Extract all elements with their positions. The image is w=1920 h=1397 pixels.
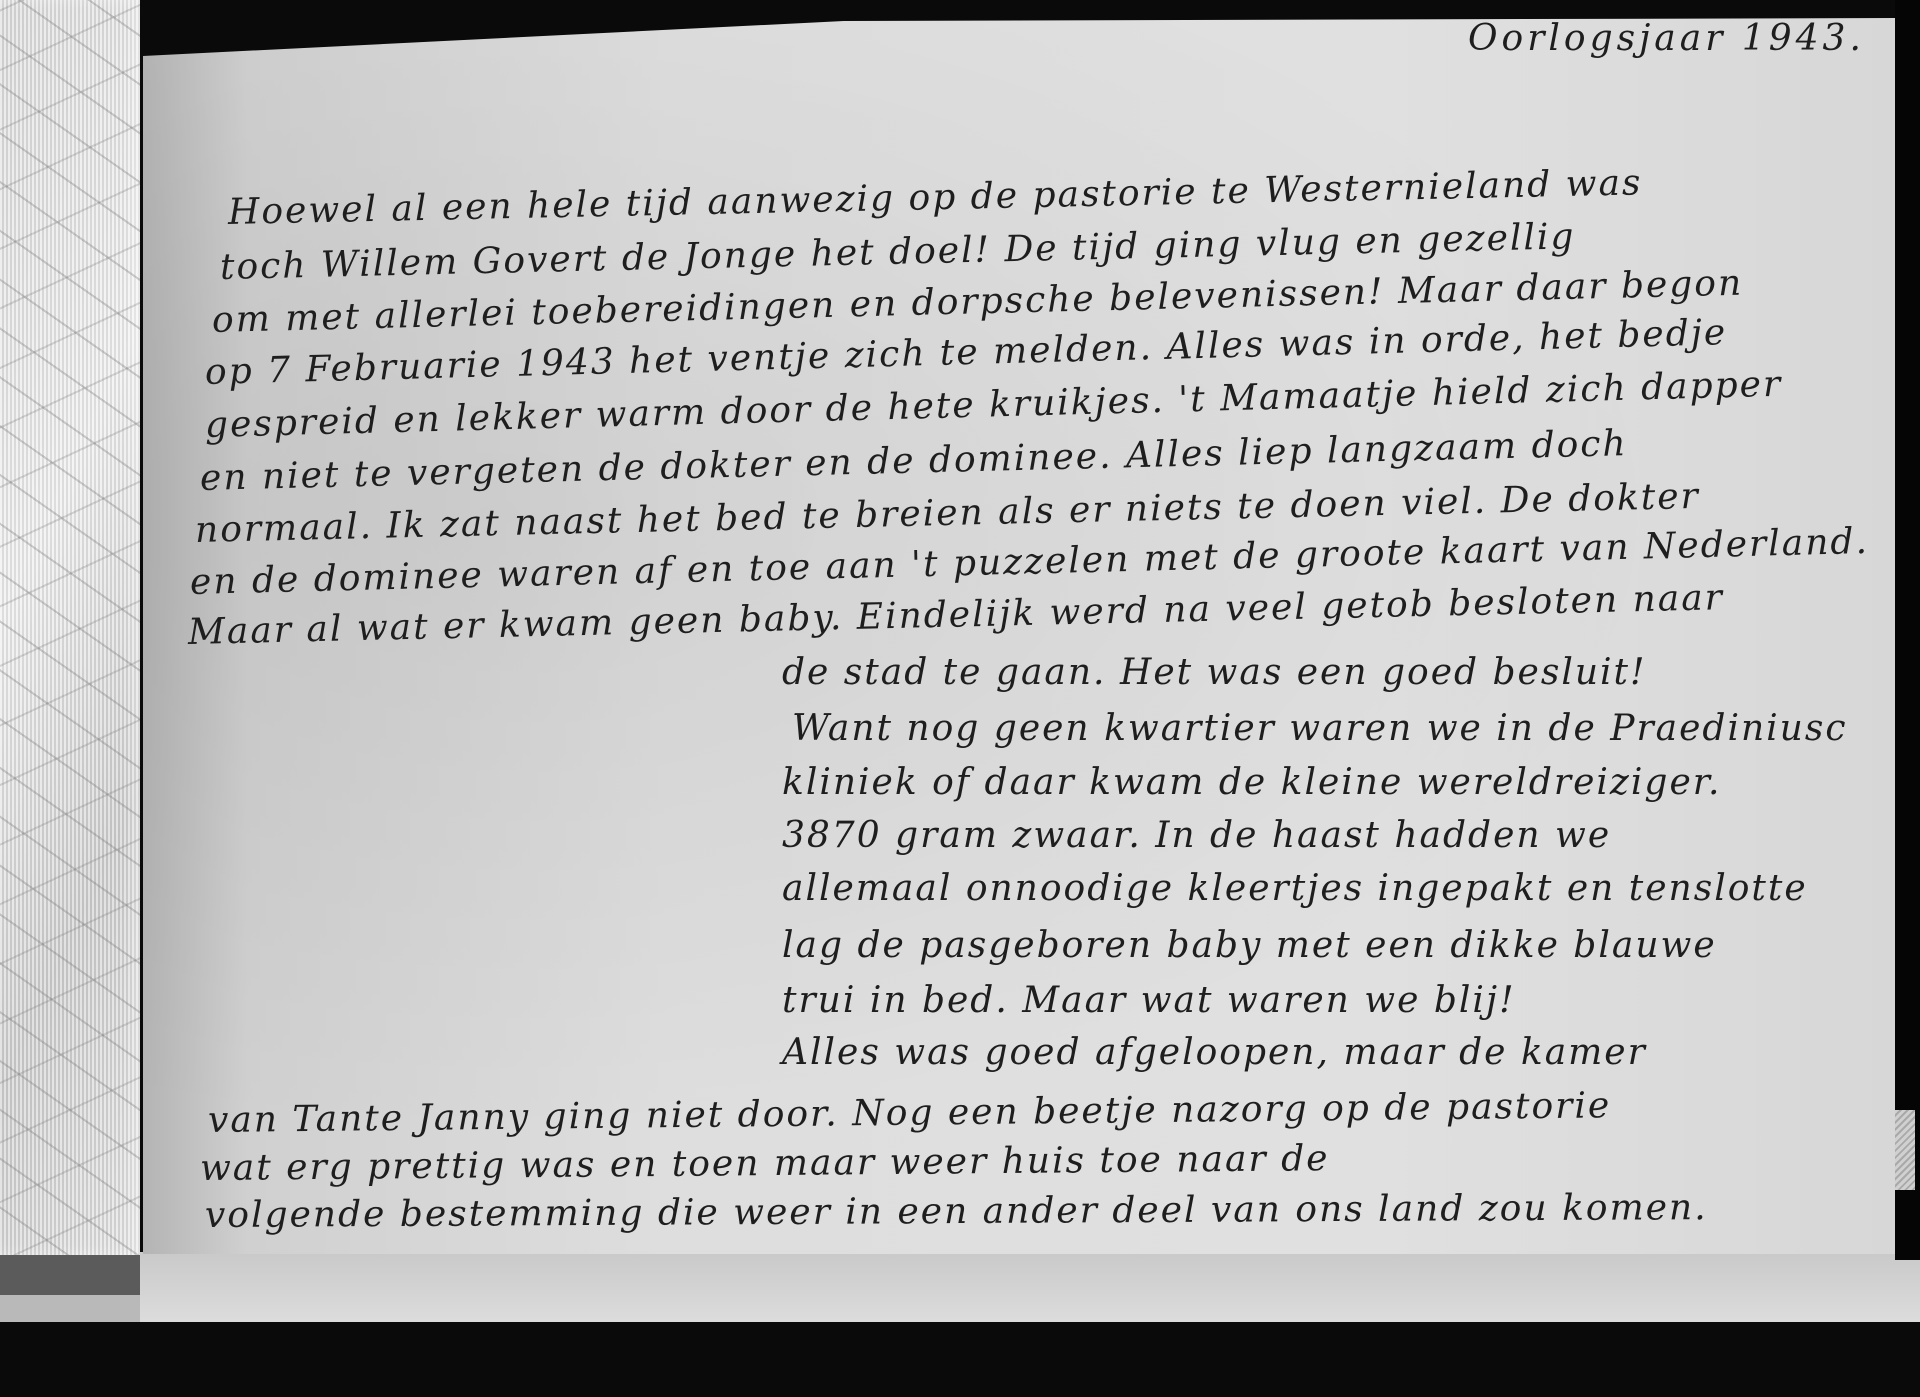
text-line: Want nog geen kwartier waren we in de Pr…: [792, 708, 1848, 749]
text-line: kliniek of daar kwam de kleine wereldrei…: [782, 762, 1721, 803]
text-line: 3870 gram zwaar. In de haast hadden we: [782, 815, 1611, 856]
cover-leaf-pattern: [0, 0, 140, 1255]
page-corner-tab: [1895, 1110, 1915, 1190]
text-line: allemaal onnoodige kleertjes ingepakt en…: [782, 868, 1808, 909]
backing-surface-left: [0, 1295, 145, 1322]
text-line: de stad te gaan. Het was een goed beslui…: [782, 652, 1646, 693]
text-line: Alles was goed afgeloopen, maar de kamer: [782, 1032, 1647, 1073]
book-cover-spine: [0, 0, 140, 1255]
page-shadow-right: [1895, 0, 1920, 1260]
text-line: volgende bestemming die weer in een ande…: [205, 1187, 1708, 1236]
page-header-year: Oorlogsjaar 1943.: [1468, 18, 1865, 59]
scanned-document: Oorlogsjaar 1943. Hoewel al een hele tij…: [0, 0, 1920, 1397]
text-line: lag de pasgeboren baby met een dikke bla…: [782, 925, 1717, 966]
backing-surface: [140, 1252, 1920, 1322]
text-line: trui in bed. Maar wat waren we blij!: [782, 980, 1516, 1021]
book-cover-base: [0, 1255, 145, 1295]
